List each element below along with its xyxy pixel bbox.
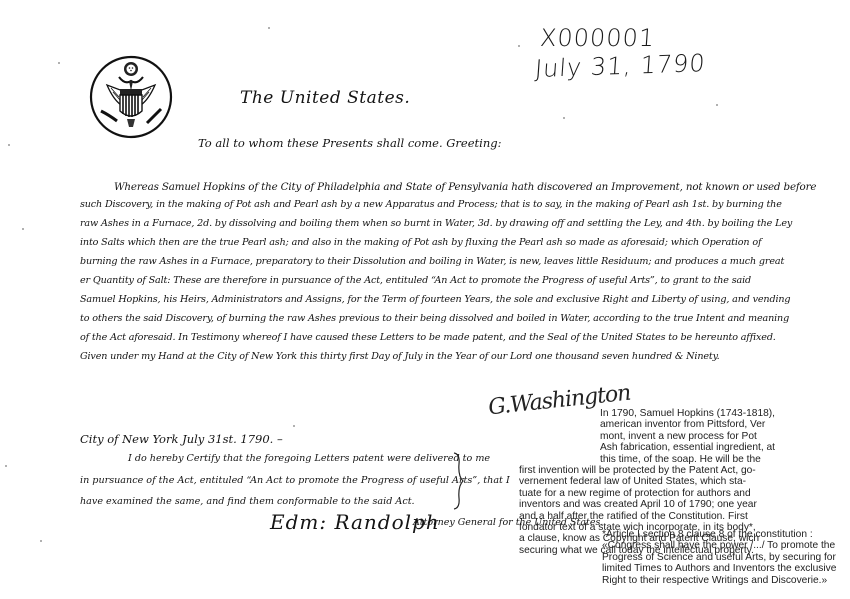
scan-speck: [5, 465, 7, 467]
annotation-line: and a half after the ratified of the Con…: [519, 511, 775, 522]
annotation-line: mont, invent a new process for Pot: [600, 431, 775, 442]
annotation-line: first invention will be protected by the…: [519, 465, 775, 476]
scan-speck: [293, 425, 295, 427]
brace-icon: [452, 452, 464, 510]
document-title: The United States.: [240, 88, 410, 108]
scan-speck: [518, 45, 520, 47]
scan-speck: [40, 540, 42, 542]
reference-date: July 31, 1790: [534, 49, 707, 83]
annotation-line: inventors and was created April 10 of 17…: [519, 499, 775, 510]
certification-line: have examined the same, and find them co…: [80, 496, 415, 507]
annotation-line: Ash fabrication, essential ingredient, a…: [600, 442, 775, 453]
body-line: into Salts which then are the true Pearl…: [80, 237, 761, 248]
scan-speck: [22, 228, 24, 230]
certification-date: City of New York July 31st. 1790. –: [80, 432, 283, 446]
certification-line: in pursuance of the Act, entituled “An A…: [80, 475, 510, 486]
footnote-line: Right to their respective Writings and D…: [602, 575, 836, 586]
body-line: Given under my Hand at the City of New Y…: [80, 351, 719, 362]
annotation-line: this time, of the soap. He will be the: [600, 454, 775, 465]
scan-speck: [268, 27, 270, 29]
body-line: to others the said Discovery, of burning…: [80, 313, 789, 324]
annotation-line: vernement federal law of United States, …: [519, 476, 775, 487]
scan-speck: [8, 144, 10, 146]
body-line: er Quantity of Salt: These are therefore…: [80, 275, 751, 286]
annotation-line: american inventor from Pittsford, Ver: [600, 419, 775, 430]
body-line: of the Act aforesaid. In Testimony where…: [80, 332, 776, 343]
great-seal-icon: [89, 55, 173, 139]
body-line: burning the raw Ashes in a Furnace, prep…: [80, 256, 784, 267]
footnote-line: «Congress shall have the power /.../ To …: [602, 540, 836, 551]
certification-line: I do hereby Certify that the foregoing L…: [128, 453, 490, 464]
body-line: such Discovery, in the making of Pot ash…: [80, 199, 782, 210]
scan-speck: [716, 104, 718, 106]
body-line: Whereas Samuel Hopkins of the City of Ph…: [114, 181, 816, 193]
scan-speck: [563, 117, 565, 119]
annotation-line: tuate for a new regime of protection for…: [519, 488, 775, 499]
footnote-line: limited Times to Authors and Inventors t…: [602, 563, 836, 574]
footnote-line: *Article I section 8 clause 8 of the con…: [602, 529, 836, 540]
scan-speck: [58, 62, 60, 64]
body-line: raw Ashes in a Furnace, 2d. by dissolvin…: [80, 218, 792, 229]
annotation-footnote: *Article I section 8 clause 8 of the con…: [602, 529, 836, 586]
reference-number: X000001: [539, 24, 656, 52]
annotation-line: In 1790, Samuel Hopkins (1743-1818),: [600, 408, 775, 419]
body-line: Samuel Hopkins, his Heirs, Administrator…: [80, 294, 790, 305]
greeting: To all to whom these Presents shall come…: [198, 136, 502, 150]
footnote-line: Progress of Science and useful Arts, by …: [602, 552, 836, 563]
